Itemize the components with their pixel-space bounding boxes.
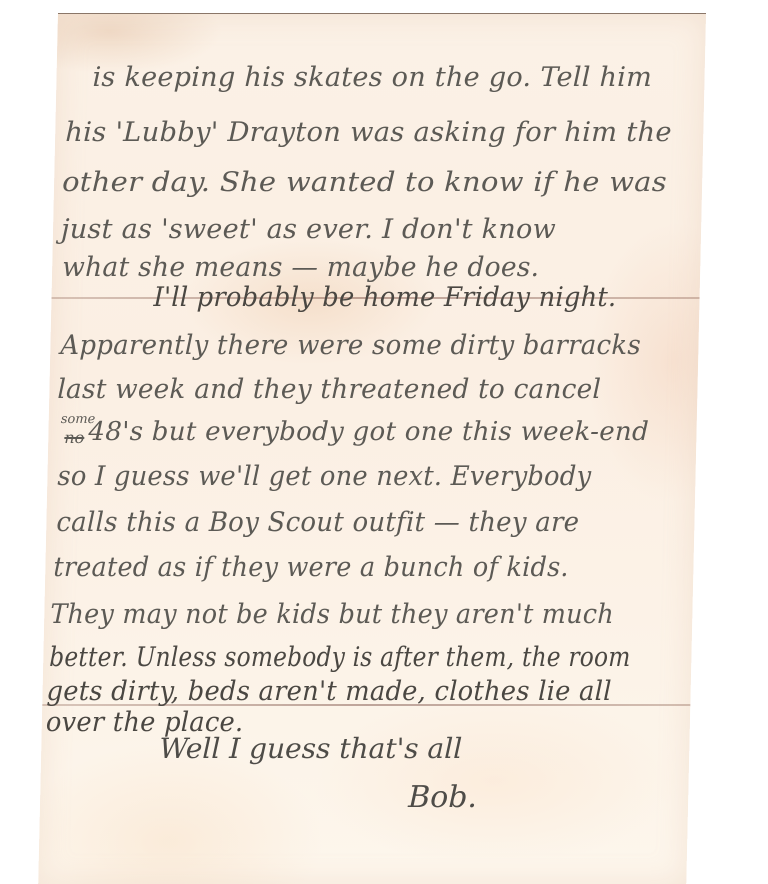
letter-line: just as 'sweet' as ever. I don't know	[61, 214, 557, 245]
letter-signature: Bob.	[408, 780, 478, 815]
letter-closing: Well I guess that's all	[159, 732, 463, 765]
letter-line: better. Unless somebody is after them, t…	[49, 642, 631, 673]
letter-line: Apparently there were some dirty barrack…	[60, 330, 641, 361]
document-scan: is keeping his skates on the go. Tell hi…	[0, 0, 768, 884]
letter-line: calls this a Boy Scout outfit — they are	[56, 507, 580, 538]
letter-line: treated as if they were a bunch of kids.	[53, 552, 569, 583]
letter-line: I'll probably be home Friday night.	[153, 282, 617, 313]
letter-line: his 'Lubby' Drayton was asking for him t…	[65, 117, 672, 148]
struck-word: no	[64, 428, 84, 447]
letter-line: gets dirty, beds aren't made, clothes li…	[46, 676, 612, 707]
letter-line: last week and they threatened to cancel	[57, 374, 601, 405]
letter-line: They may not be kids but they aren't muc…	[50, 599, 614, 630]
letter-line: 48's but everybody got one this week-end	[88, 417, 649, 447]
letter-line: what she means — maybe he does.	[62, 252, 540, 283]
letter-paper: is keeping his skates on the go. Tell hi…	[38, 13, 706, 884]
letter-line: is keeping his skates on the go. Tell hi…	[92, 62, 633, 93]
letter-line: other day. She wanted to know if he was	[62, 167, 668, 198]
letter-line: so I guess we'll get one next. Everybody	[57, 461, 592, 492]
